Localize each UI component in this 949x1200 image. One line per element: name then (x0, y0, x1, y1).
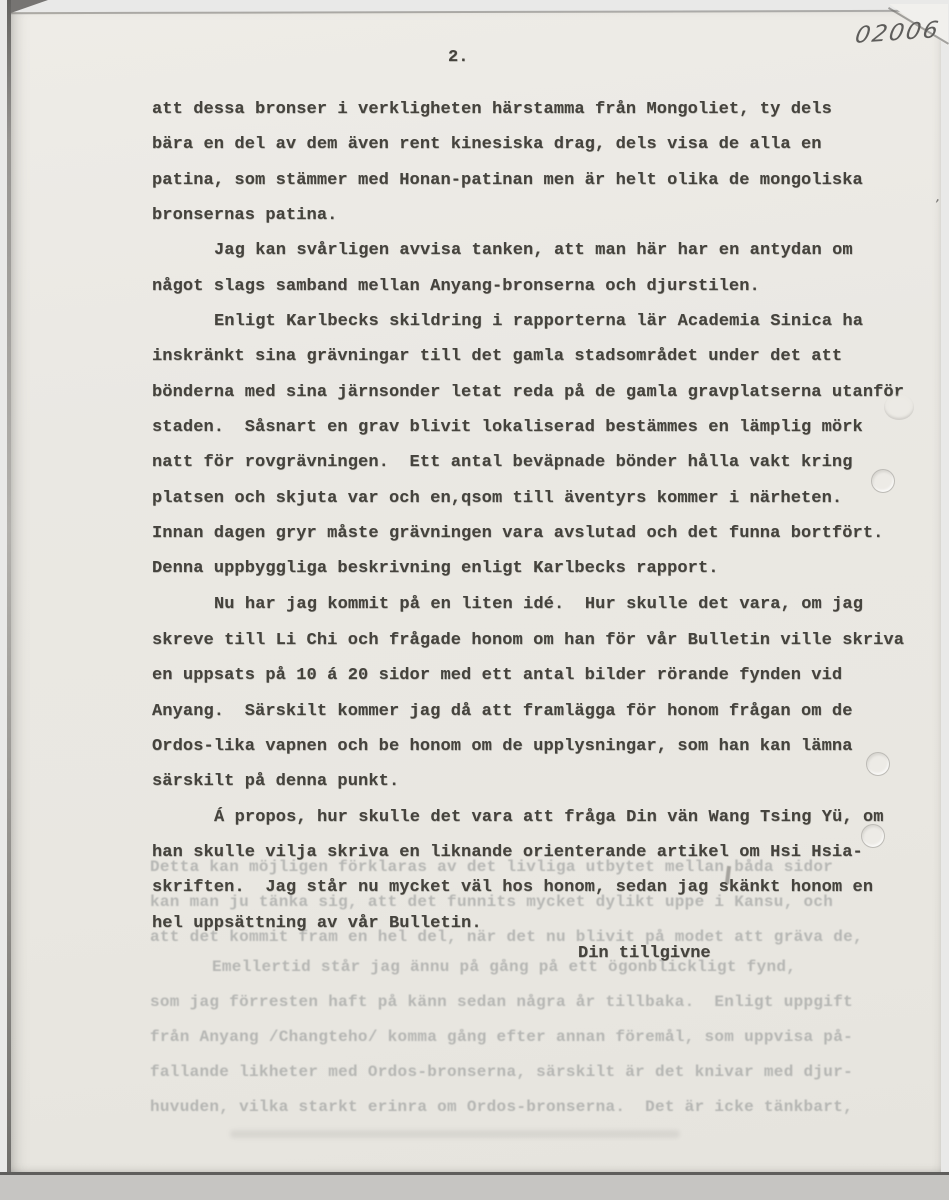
letter-line: han skulle vilja skriva en liknande orie… (152, 843, 863, 862)
letter-line: Ordos-lika vapnen och be honom om de upp… (152, 737, 853, 756)
page-number: 2. (448, 48, 468, 67)
letter-line: platsen och skjuta var och en,qsom till … (152, 489, 842, 508)
bleedthrough-line: som jag förresten haft på känn sedan någ… (150, 993, 853, 1011)
bleedthrough-line: från Anyang /Changteho/ komma gång efter… (150, 1028, 853, 1046)
letter-line: att dessa bronser i verkligheten härstam… (152, 100, 832, 119)
paper-blemish (884, 394, 914, 420)
letter-line: bönderna med sina järnsonder letat reda … (152, 383, 904, 402)
letter-line: staden. Såsnart en grav blivit lokaliser… (152, 418, 863, 437)
scan-background-strip (0, 1175, 949, 1200)
bleedthrough-line: fallande likheter med Ordos-bronserna, s… (150, 1063, 853, 1081)
letter-line: natt för rovgrävningen. Ett antal beväpn… (152, 453, 853, 472)
letter-line: särskilt på denna punkt. (152, 772, 399, 791)
letter-line: Enligt Karlbecks skildring i rapporterna… (214, 312, 863, 331)
punch-hole (866, 752, 890, 776)
letter-line: inskränkt sina grävningar till det gamla… (152, 347, 842, 366)
letter-line: Innan dagen gryr måste grävningen vara a… (152, 524, 883, 543)
letter-line: bronsernas patina. (152, 206, 337, 225)
letter-line: skriften. Jag står nu mycket väl hos hon… (152, 878, 873, 897)
paper-left-edge (7, 0, 11, 1174)
letter-line: bära en del av dem även rent kinesiska d… (152, 135, 822, 154)
punch-hole (871, 469, 895, 493)
letter-line: Anyang. Särskilt kommer jag då att framl… (152, 702, 853, 721)
letter-line: något slags samband mellan Anyang-bronse… (152, 277, 760, 296)
closing-signature-line: Din tillgivne (578, 944, 711, 963)
letter-line: Denna uppbyggliga beskrivning enligt Kar… (152, 559, 719, 578)
scanned-letter-page: 02006 2. Detta kan möjligen förklaras av… (0, 0, 949, 1200)
letter-line: Jag kan svårligen avvisa tanken, att man… (214, 241, 853, 260)
letter-line: Á propos, hur skulle det vara att fråga … (214, 808, 884, 827)
bleedthrough-line: huvuden, vilka starkt erinra om Ordos-br… (150, 1098, 853, 1116)
bleedthrough-smudge (230, 1130, 680, 1138)
letter-line: en uppsats på 10 á 20 sidor med ett anta… (152, 666, 842, 685)
letter-line: Nu har jag kommit på en liten idé. Hur s… (214, 595, 863, 614)
letter-line: hel uppsättning av vår Bulletin. (152, 914, 482, 933)
letter-line: skreve till Li Chi och frågade honom om … (152, 631, 904, 650)
punch-hole (861, 824, 885, 848)
letter-line: patina, som stämmer med Honan-patinan me… (152, 171, 863, 190)
